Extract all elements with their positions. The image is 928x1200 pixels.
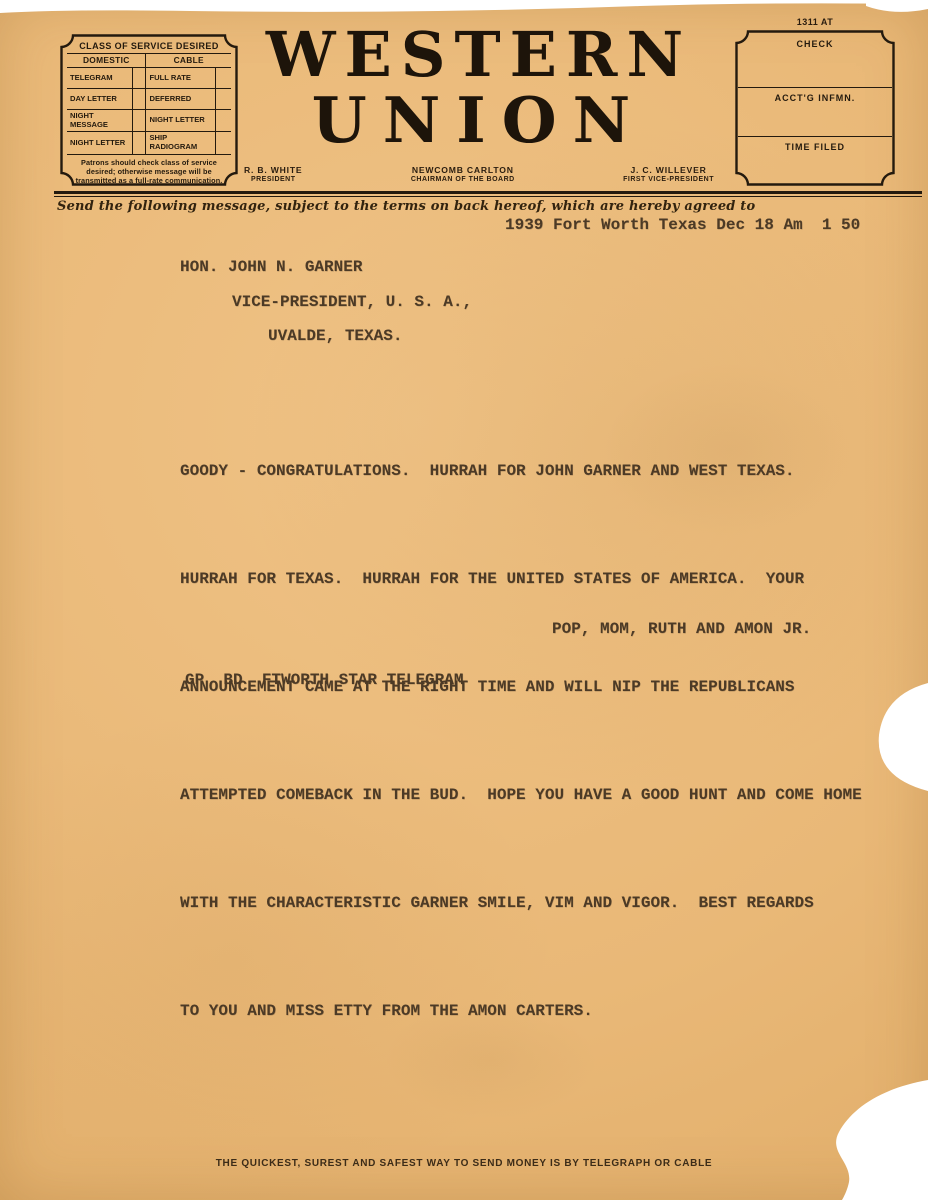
officer-name: J. C. WILLEVER [623,165,714,175]
check-label: CHECK [735,39,895,49]
service-check-cell [216,68,231,89]
service-cell: DAY LETTER [67,89,133,110]
service-cell: SHIP RADIOGRAM [146,132,216,154]
service-cell: FULL RATE [146,68,216,89]
class-of-service-box: CLASS OF SERVICE DESIRED DOMESTIC CABLE … [60,34,238,186]
service-box-note: Patrons should check class of service de… [67,155,231,185]
form-serial-number: 1311 AT [770,17,860,27]
service-check-cell [216,132,231,154]
service-check-cell [133,89,146,110]
addressee-city: UVALDE, TEXAS. [268,327,402,345]
telegram-paper: CLASS OF SERVICE DESIRED DOMESTIC CABLE … [0,0,928,1200]
service-cell: NIGHT MESSAGE [67,110,133,132]
service-cell: DEFERRED [146,89,216,110]
western-union-logo: WESTERN UNION [238,22,720,154]
service-check-cell [133,110,146,132]
officer-name: R. B. WHITE [244,165,302,175]
send-message-terms-line: Send the following message, subject to t… [57,199,755,214]
service-col-domestic: DOMESTIC [67,54,146,68]
message-line: HURRAH FOR TEXAS. HURRAH FOR THE UNITED … [180,561,862,597]
time-filed-label: TIME FILED [735,142,895,152]
service-check-cell [216,110,231,132]
addressee-name: HON. JOHN N. GARNER [180,258,362,276]
service-check-cell [133,132,146,154]
company-officers: R. B. WHITE PRESIDENT NEWCOMB CARLTON CH… [238,165,720,183]
message-line: TO YOU AND MISS ETTY FROM THE AMON CARTE… [180,993,862,1029]
signature-line: POP, MOM, RUTH AND AMON JR. [552,620,811,638]
officer-name: NEWCOMB CARLTON [411,165,515,175]
acctg-label: ACCT'G INFMN. [735,93,895,103]
ticket-outline [735,30,895,186]
service-table: DOMESTIC CABLE TELEGRAM FULL RATE DAY LE… [67,54,231,155]
addressee-title: VICE-PRESIDENT, U. S. A., [232,293,472,311]
operator-routing-line: GP BD FTWORTH STAR TELEGRAM [185,671,463,689]
service-check-cell [216,89,231,110]
officer-chairman: NEWCOMB CARLTON CHAIRMAN OF THE BOARD [411,165,515,183]
message-line: ATTEMPTED COMEBACK IN THE BUD. HOPE YOU … [180,777,862,813]
dateline: 1939 Fort Worth Texas Dec 18 Am 1 50 [505,216,860,234]
officer-title: PRESIDENT [244,176,302,183]
service-col-cable: CABLE [146,54,231,68]
message-line: GOODY - CONGRATULATIONS. HURRAH FOR JOHN… [180,453,862,489]
brand-word-western: WESTERN [238,22,720,88]
header-rule [54,191,922,197]
service-cell: NIGHT LETTER [67,132,133,154]
officer-title: CHAIRMAN OF THE BOARD [411,176,515,183]
message-body: GOODY - CONGRATULATIONS. HURRAH FOR JOHN… [180,381,862,1101]
service-check-cell [133,68,146,89]
officer-title: FIRST VICE-PRESIDENT [623,176,714,183]
check-box: CHECK ACCT'G INFMN. TIME FILED [735,30,895,186]
divider [738,136,892,137]
officer-president: R. B. WHITE PRESIDENT [244,165,302,183]
divider [738,87,892,88]
officer-vice-president: J. C. WILLEVER FIRST VICE-PRESIDENT [623,165,714,183]
message-line: WITH THE CHARACTERISTIC GARNER SMILE, VI… [180,885,862,921]
brand-word-union: UNION [238,86,720,154]
money-transfer-slogan: THE QUICKEST, SUREST AND SAFEST WAY TO S… [0,1158,928,1169]
service-cell: NIGHT LETTER [146,110,216,132]
service-cell: TELEGRAM [67,68,133,89]
service-box-title: CLASS OF SERVICE DESIRED [67,39,231,54]
